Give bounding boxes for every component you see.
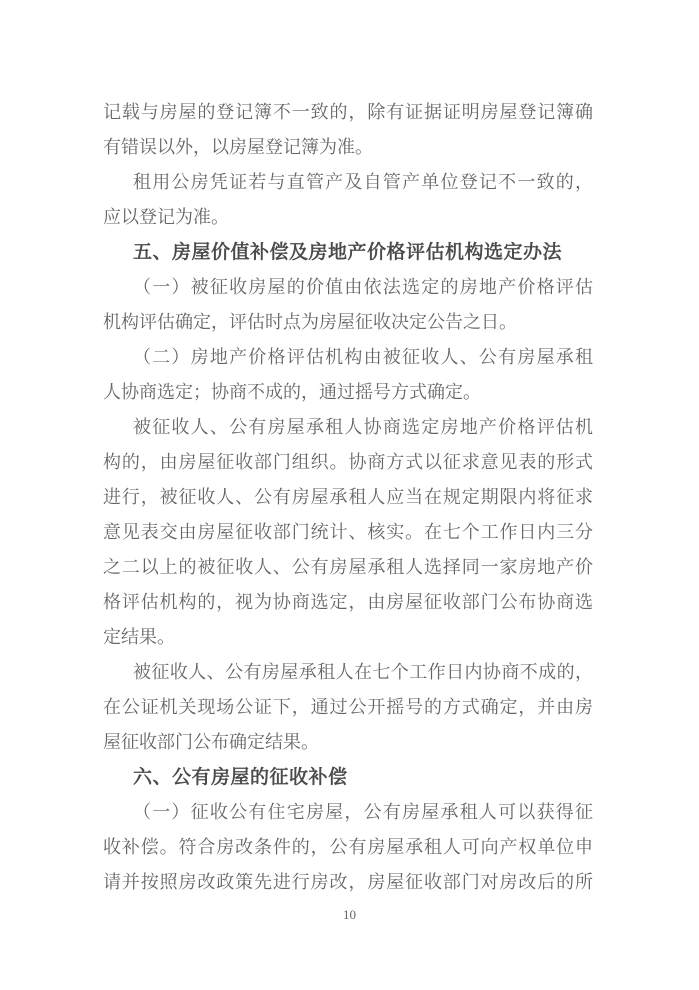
text-line: 定结果。 [103, 620, 593, 655]
text-line: 机构评估确定，评估时点为房屋征收决定公告之日。 [103, 305, 593, 340]
text-line: 人协商选定；协商不成的，通过摇号方式确定。 [103, 375, 593, 410]
text-line: 收补偿。符合房改条件的，公有房屋承租人可向产权单位申 [103, 830, 593, 865]
section-heading-5: 五、房屋价值补偿及房地产价格评估机构选定办法 [103, 235, 593, 270]
text-line: 屋征收部门公布确定结果。 [103, 725, 593, 760]
text-line: 意见表交由房屋征收部门统计、核实。在七个工作日内三分 [103, 515, 593, 550]
page-number: 10 [0, 905, 699, 925]
text-line: 被征收人、公有房屋承租人协商选定房地产价格评估机 [103, 410, 593, 445]
text-line: 应以登记为准。 [103, 200, 593, 235]
text-line: 被征收人、公有房屋承租人在七个工作日内协商不成的， [103, 655, 593, 690]
text-line: 进行，被征收人、公有房屋承租人应当在规定期限内将征求 [103, 480, 593, 515]
text-line: 记载与房屋的登记簿不一致的，除有证据证明房屋登记簿确 [103, 95, 593, 130]
text-line: （一）征收公有住宅房屋，公有房屋承租人可以获得征 [103, 795, 593, 830]
section-heading-6: 六、公有房屋的征收补偿 [103, 760, 593, 795]
text-line: 构的，由房屋征收部门组织。协商方式以征求意见表的形式 [103, 445, 593, 480]
text-line: （二）房地产价格评估机构由被征收人、公有房屋承租 [103, 340, 593, 375]
text-line: 在公证机关现场公证下，通过公开摇号的方式确定，并由房 [103, 690, 593, 725]
text-line: 有错误以外，以房屋登记簿为准。 [103, 130, 593, 165]
text-line: （一）被征收房屋的价值由依法选定的房地产价格评估 [103, 270, 593, 305]
document-page: 记载与房屋的登记簿不一致的，除有证据证明房屋登记簿确 有错误以外，以房屋登记簿为… [0, 0, 699, 990]
text-line: 之二以上的被征收人、公有房屋承租人选择同一家房地产价 [103, 550, 593, 585]
text-line: 格评估机构的，视为协商选定，由房屋征收部门公布协商选 [103, 585, 593, 620]
text-line: 租用公房凭证若与直管产及自管产单位登记不一致的， [103, 165, 593, 200]
text-line: 请并按照房改政策先进行房改，房屋征收部门对房改后的所 [103, 865, 593, 900]
document-body: 记载与房屋的登记簿不一致的，除有证据证明房屋登记簿确 有错误以外，以房屋登记簿为… [103, 95, 593, 900]
